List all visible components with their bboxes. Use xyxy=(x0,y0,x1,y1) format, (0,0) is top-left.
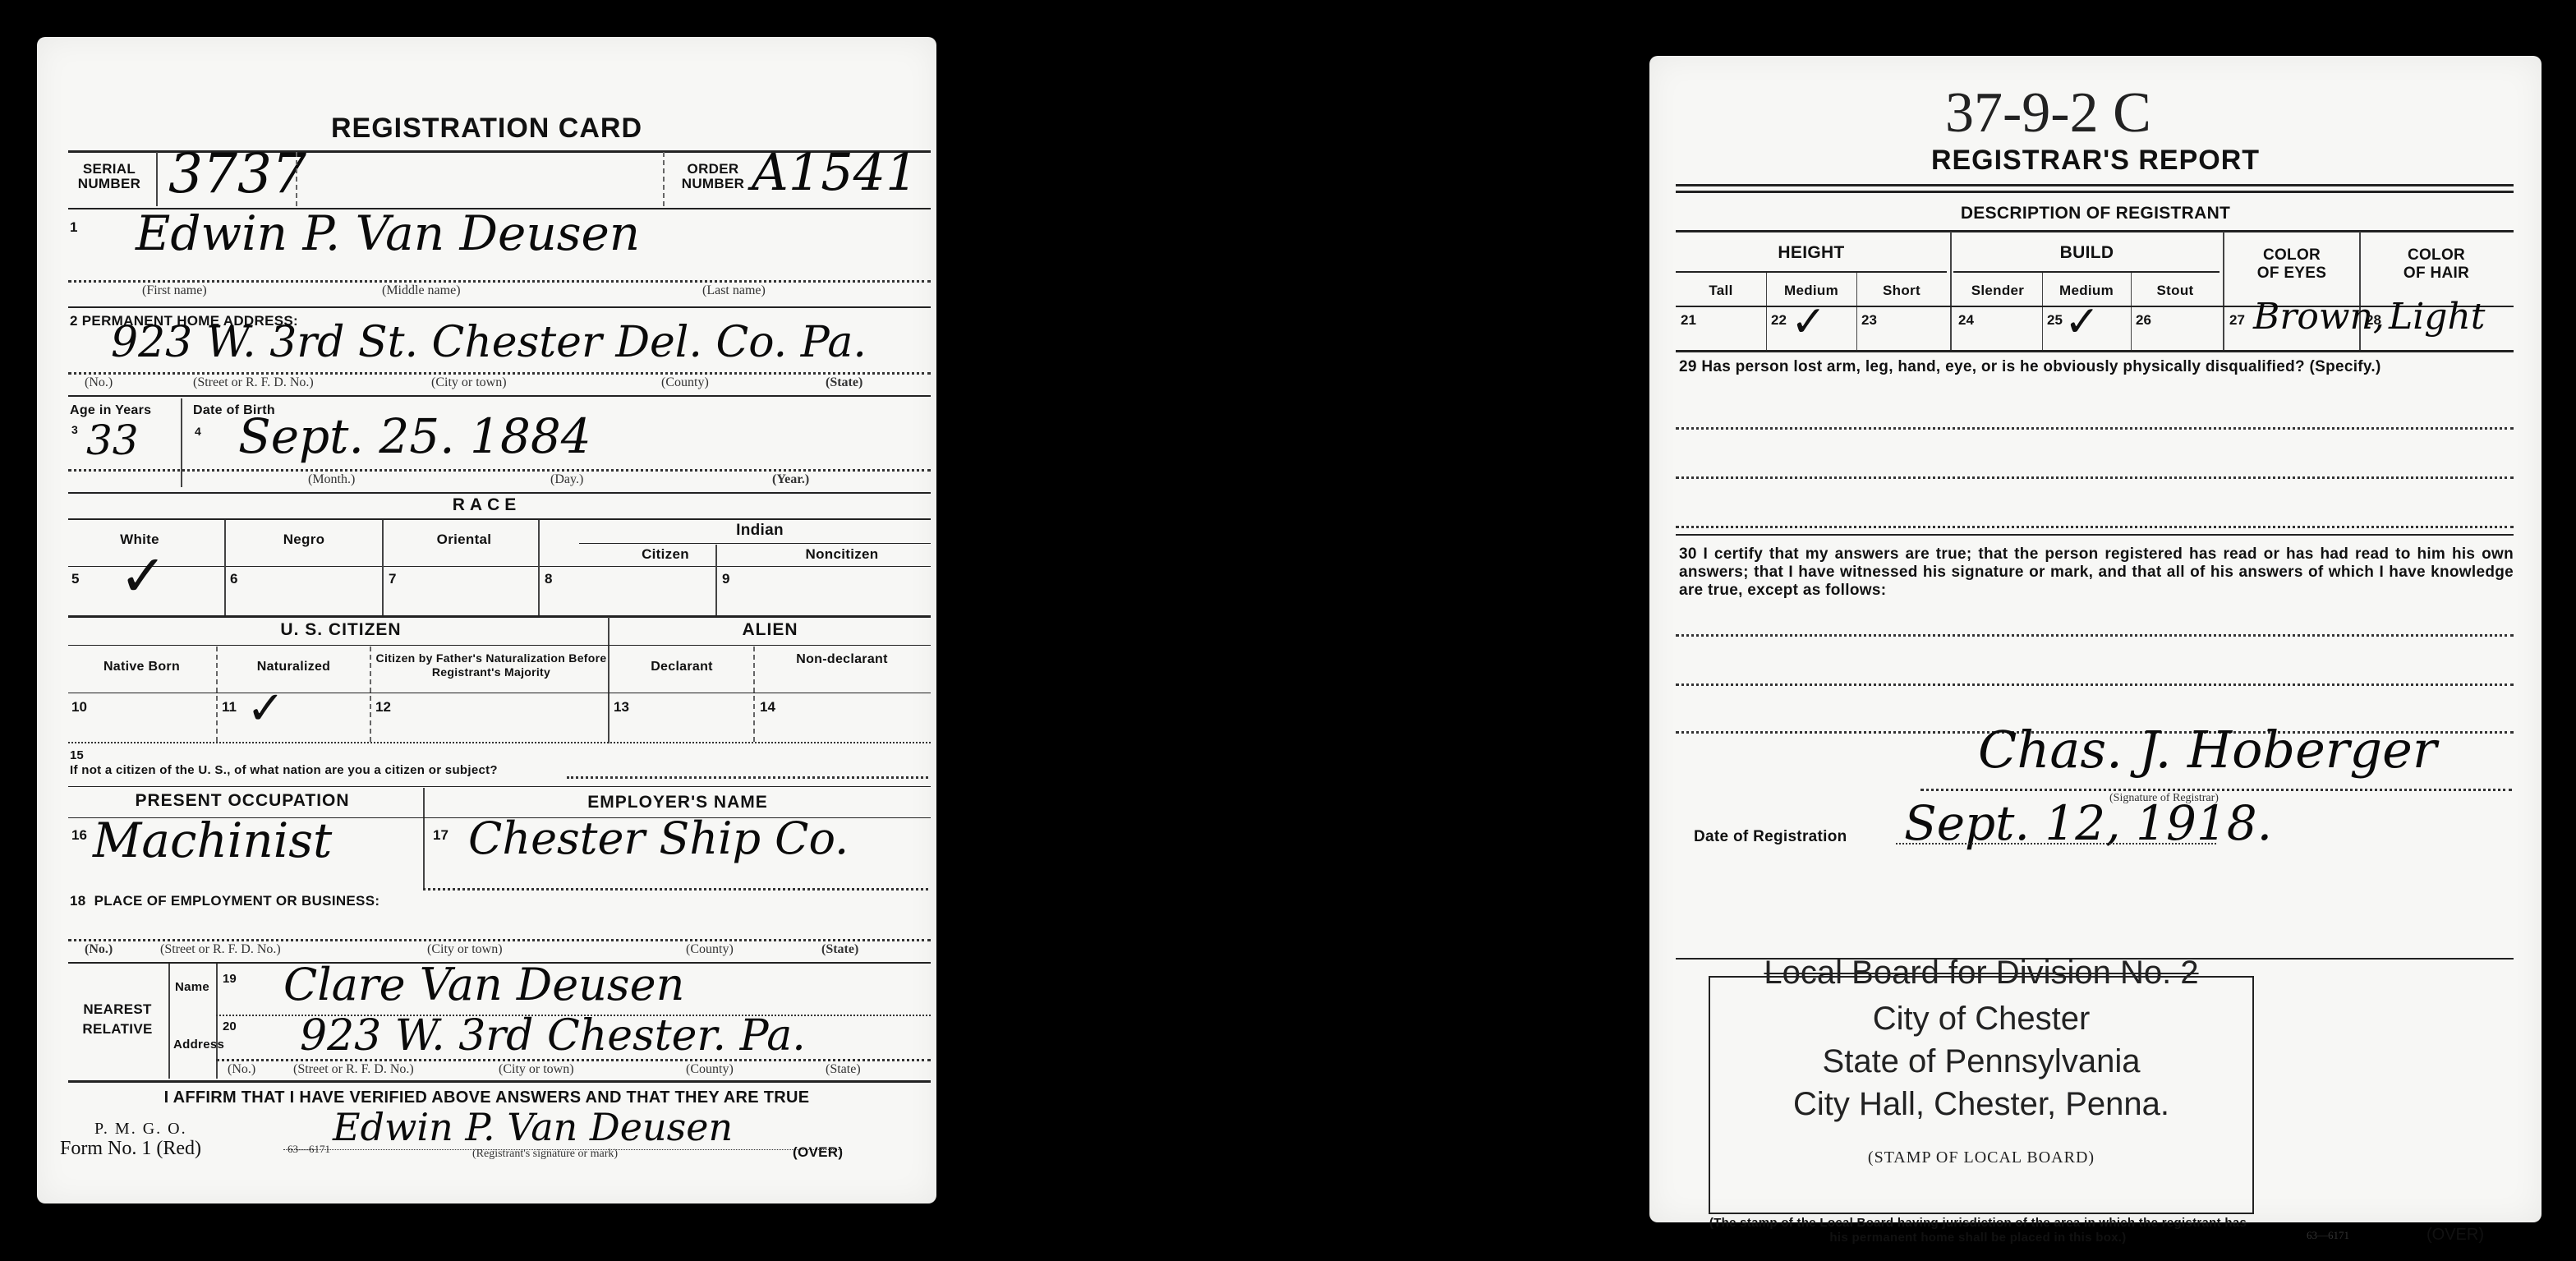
field-number: 3 xyxy=(71,423,78,436)
relative-name-value: Clare Van Deusen xyxy=(283,959,684,1010)
race-oriental-label: Oriental xyxy=(382,532,546,548)
field-number: 16 xyxy=(71,827,87,844)
stamp-instructions: (The stamp of the Local Board having jur… xyxy=(1699,1216,2257,1245)
alien-heading: ALIEN xyxy=(612,620,928,640)
citizen-by-father-label: Citizen by Father's Naturalization Befor… xyxy=(375,651,607,679)
hair-color-value: Light xyxy=(2389,296,2485,338)
height-medium-label: Medium xyxy=(1766,283,1856,299)
address-no-label: (No.) xyxy=(85,375,113,390)
stamp-line-city: City of Chester xyxy=(1710,1001,2252,1038)
local-board-stamp-box: Local Board for Division No. 2 City of C… xyxy=(1709,976,2254,1214)
naturalized-checkmark: ✓ xyxy=(246,682,285,735)
place-city-label: (City or town) xyxy=(427,942,503,957)
indian-heading: Indian xyxy=(596,522,924,540)
question-30-certification: 30 I certify that my answers are true; t… xyxy=(1679,545,2514,600)
field-number: 18 xyxy=(70,893,86,909)
date-of-registration-label: Date of Registration xyxy=(1694,828,1847,846)
place-of-employment-label: 18 PLACE OF EMPLOYMENT OR BUSINESS: xyxy=(70,893,379,909)
field-number: 11 xyxy=(222,699,237,716)
eye-heading-line2: OF EYES xyxy=(2226,265,2357,283)
height-medium-checkmark: ✓ xyxy=(1791,297,1827,347)
serial-label-line1: SERIAL xyxy=(68,162,150,177)
registrars-report-back: 37-9-2 C REGISTRAR'S REPORT DESCRIPTION … xyxy=(1649,56,2541,1222)
serial-number-label: SERIAL NUMBER xyxy=(68,162,150,191)
card-title: REGISTRATION CARD xyxy=(37,113,936,145)
height-tall-label: Tall xyxy=(1676,283,1766,299)
field-number: 26 xyxy=(2136,312,2151,329)
field-number: 6 xyxy=(230,571,237,587)
field-number: 7 xyxy=(389,571,396,587)
place-no-label: (No.) xyxy=(85,942,113,957)
address-street-label: (Street or R. F. D. No.) xyxy=(193,375,314,390)
back-over-label: (OVER) xyxy=(2426,1226,2484,1245)
field-number: 28 xyxy=(2366,312,2381,329)
first-name-label: (First name) xyxy=(142,283,207,298)
height-heading: HEIGHT xyxy=(1676,243,1947,263)
stamp-line-division: Local Board for Division No. 2 xyxy=(1710,955,2252,992)
race-negro-label: Negro xyxy=(234,532,374,548)
registrar-signature: Chas. J. Hoberger xyxy=(1978,720,2436,780)
place-street-label: (Street or R. F. D. No.) xyxy=(160,942,281,957)
last-name-label: (Last name) xyxy=(702,283,766,298)
field-number: 13 xyxy=(614,699,629,716)
age-value: 33 xyxy=(86,416,139,464)
registrant-name: Edwin P. Van Deusen xyxy=(136,205,640,261)
question-29: 29 Has person lost arm, leg, hand, eye, … xyxy=(1679,358,2517,376)
address-county-label: (County) xyxy=(661,375,709,390)
order-number-value: A1541 xyxy=(752,142,918,202)
relative-state-label: (State) xyxy=(826,1062,861,1077)
race-indian-citizen-label: Citizen xyxy=(579,546,752,563)
front-over-label: (OVER) xyxy=(793,1144,843,1161)
field-number: 24 xyxy=(1958,312,1974,329)
field-number: 2 xyxy=(70,313,78,329)
dob-year-label: (Year.) xyxy=(772,472,809,487)
hair-heading-line1: COLOR xyxy=(2362,246,2510,265)
home-address-value: 923 W. 3rd St. Chester Del. Co. Pa. xyxy=(111,318,867,367)
race-indian-noncitizen-label: Noncitizen xyxy=(756,546,928,563)
eye-color-value: Brown, xyxy=(2253,296,2385,338)
us-citizen-heading: U. S. CITIZEN xyxy=(70,620,612,640)
stamp-label: (STAMP OF LOCAL BOARD) xyxy=(1710,1148,2252,1167)
field-number: 27 xyxy=(2229,312,2245,329)
employer-value: Chester Ship Co. xyxy=(468,812,849,864)
stamp-number: 37-9-2 C xyxy=(1945,81,2151,146)
relative-city-label: (City or town) xyxy=(499,1062,574,1077)
build-heading: BUILD xyxy=(1953,243,2220,263)
middle-name-label: (Middle name) xyxy=(382,283,461,298)
place-state-label: (State) xyxy=(821,942,858,957)
field-number: 8 xyxy=(545,571,552,587)
field-number: 15 xyxy=(70,748,84,762)
height-short-label: Short xyxy=(1856,283,1947,299)
naturalized-label: Naturalized xyxy=(222,660,366,674)
dob-day-label: (Day.) xyxy=(550,472,583,487)
registrant-signature: Edwin P. Van Deusen xyxy=(333,1105,733,1149)
occupation-value: Machinist xyxy=(93,812,332,868)
race-white-checkmark: ✓ xyxy=(119,542,168,610)
native-born-label: Native Born xyxy=(70,660,214,674)
eye-heading-line1: COLOR xyxy=(2226,246,2357,265)
field-number: 25 xyxy=(2047,312,2063,329)
declarant-label: Declarant xyxy=(612,660,752,674)
order-number-label: ORDER NUMBER xyxy=(668,162,758,191)
field-number: 23 xyxy=(1861,312,1877,329)
place-county-label: (County) xyxy=(686,942,734,957)
report-title: REGISTRAR'S REPORT xyxy=(1649,145,2541,177)
nearest-label-line2: RELATIVE xyxy=(68,1019,167,1039)
form-pmgo: P. M. G. O. xyxy=(94,1120,187,1139)
date-of-birth-value: Sept. 25. 1884 xyxy=(238,408,591,464)
order-label-line2: NUMBER xyxy=(668,177,758,191)
race-heading: RACE xyxy=(37,495,936,515)
place-label-text: PLACE OF EMPLOYMENT OR BUSINESS: xyxy=(94,893,380,909)
field-number: 17 xyxy=(433,827,448,844)
build-medium-checkmark: ✓ xyxy=(2064,297,2100,347)
build-stout-label: Stout xyxy=(2131,283,2219,299)
address-state-label: (State) xyxy=(826,375,862,390)
back-form-code: 63—6171 xyxy=(2307,1229,2349,1242)
form-number: Form No. 1 (Red) xyxy=(60,1138,201,1160)
dob-month-label: (Month.) xyxy=(308,472,355,487)
description-heading: DESCRIPTION OF REGISTRANT xyxy=(1649,204,2541,223)
field-number: 9 xyxy=(722,571,729,587)
field-number: 12 xyxy=(375,699,391,716)
build-slender-label: Slender xyxy=(1953,283,2042,299)
serial-label-line2: NUMBER xyxy=(68,177,150,191)
occupation-heading: PRESENT OCCUPATION xyxy=(70,791,415,811)
relative-name-label: Name xyxy=(175,980,209,994)
address-city-label: (City or town) xyxy=(431,375,507,390)
hair-color-heading: COLOR OF HAIR xyxy=(2362,246,2510,283)
stamp-line-address: City Hall, Chester, Penna. xyxy=(1710,1086,2252,1123)
field-number: 1 xyxy=(70,219,77,236)
nation-question: If not a citizen of the U. S., of what n… xyxy=(70,763,498,777)
build-medium-label: Medium xyxy=(2042,283,2131,299)
relative-no-label: (No.) xyxy=(228,1062,255,1077)
field-number: 22 xyxy=(1771,312,1787,329)
nearest-label-line1: NEAREST xyxy=(68,1000,167,1019)
relative-street-label: (Street or R. F. D. No.) xyxy=(293,1062,414,1077)
relative-county-label: (County) xyxy=(686,1062,734,1077)
eye-color-heading: COLOR OF EYES xyxy=(2226,246,2357,283)
hair-heading-line2: OF HAIR xyxy=(2362,265,2510,283)
field-number: 4 xyxy=(195,425,201,438)
employer-heading: EMPLOYER'S NAME xyxy=(431,793,924,812)
field-number: 14 xyxy=(760,699,775,716)
nearest-relative-label: NEAREST RELATIVE xyxy=(68,1000,167,1039)
relative-address-value: 923 W. 3rd Chester. Pa. xyxy=(300,1011,806,1061)
signature-label: (Registrant's signature or mark) xyxy=(472,1148,618,1161)
field-number: 19 xyxy=(223,972,237,986)
registration-card-front: REGISTRATION CARD SERIAL NUMBER 3737 ORD… xyxy=(37,37,936,1203)
stamp-line-state: State of Pennsylvania xyxy=(1710,1043,2252,1080)
field-number: 20 xyxy=(223,1019,237,1033)
field-number: 10 xyxy=(71,699,87,716)
order-label-line1: ORDER xyxy=(668,162,758,177)
serial-number-value: 3737 xyxy=(168,142,306,205)
field-number: 5 xyxy=(71,571,79,587)
field-number: 21 xyxy=(1681,312,1696,329)
non-declarant-label: Non-declarant xyxy=(760,651,924,668)
